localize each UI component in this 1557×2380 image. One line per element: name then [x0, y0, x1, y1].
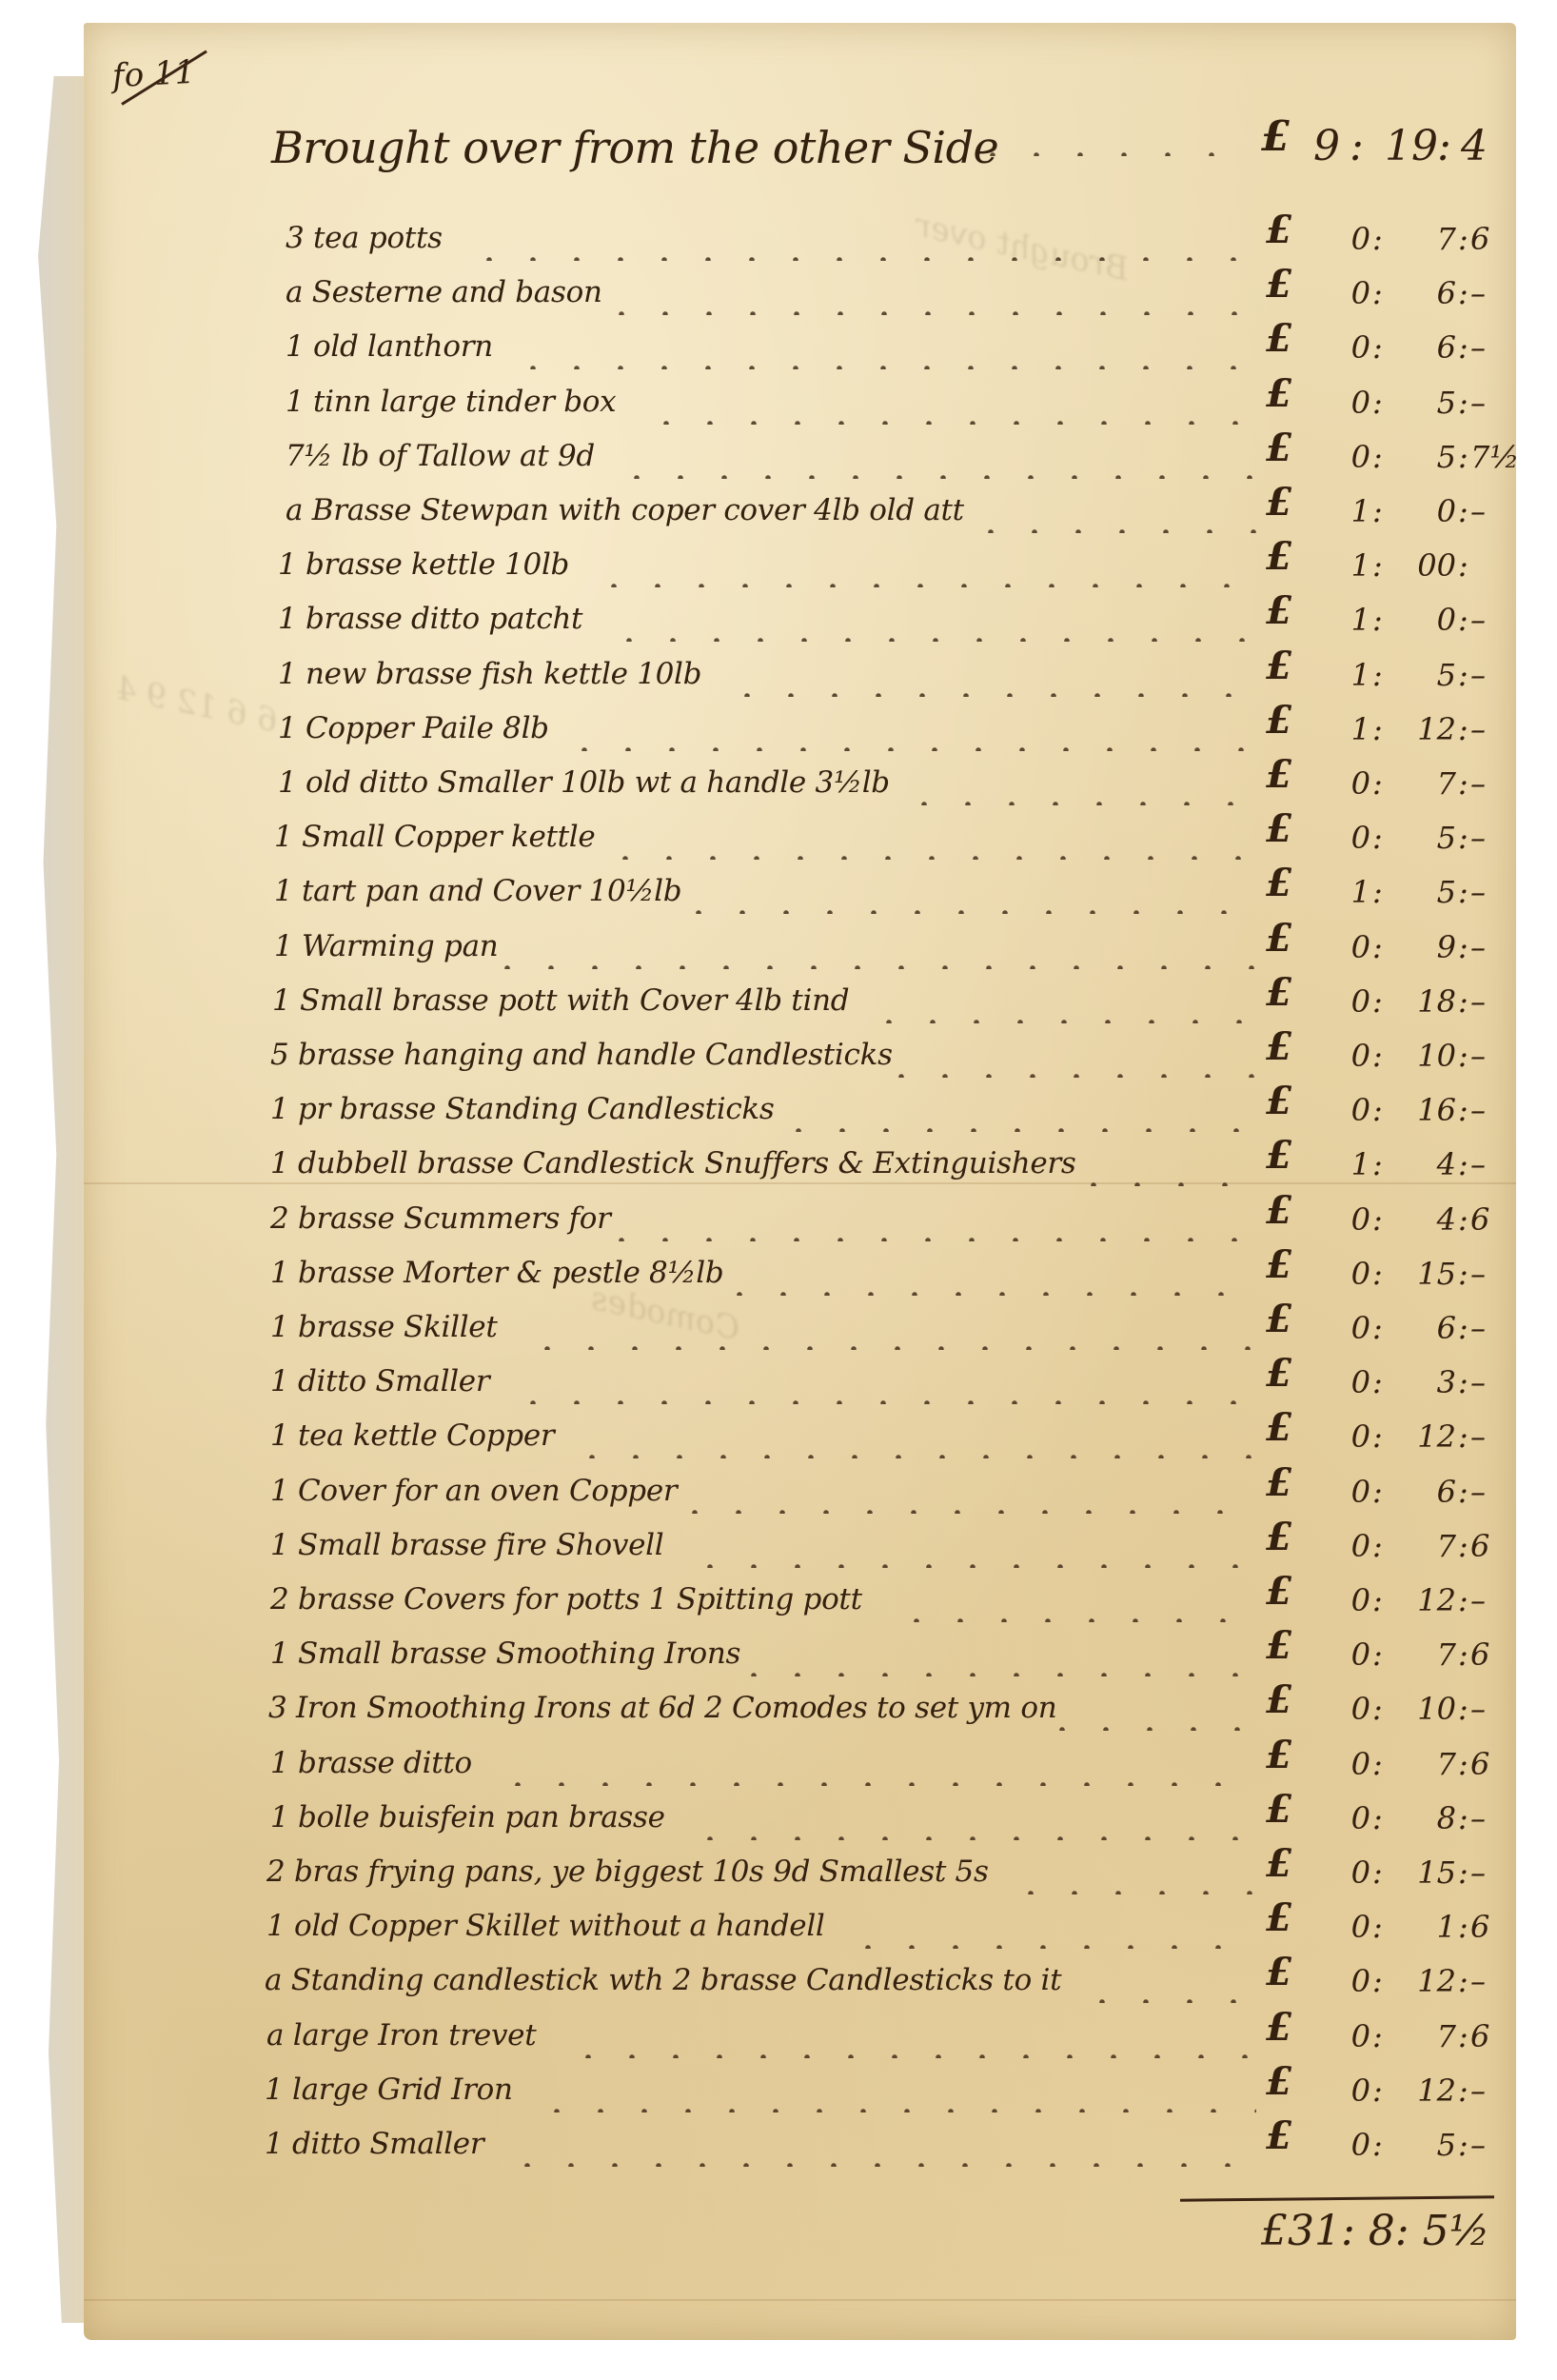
separator: : — [1458, 820, 1468, 856]
pound-sign: £ — [1266, 1895, 1292, 1940]
amount-pounds: 0 — [1332, 1582, 1370, 1618]
amount-pence: – — [1470, 493, 1508, 529]
amount-pence: – — [1470, 1310, 1508, 1346]
item-description: 1 Copper Paile 8lb — [278, 711, 549, 745]
item-description: 2 bras frying pans, ye biggest 10s 9d Sm… — [266, 1854, 989, 1889]
item-description: 1 large Grid Iron — [265, 2073, 513, 2107]
pound-sign: £ — [1266, 2113, 1292, 2158]
amount-shillings: 7 — [1399, 1636, 1456, 1673]
pound-sign: £ — [1266, 1079, 1292, 1123]
item-description: 2 brasse Covers for potts 1 Spitting pot… — [270, 1582, 862, 1616]
leader-dots — [895, 1618, 1257, 1622]
inventory-row: 1 tea kettle Copper£0:12:– — [0, 1418, 1557, 1472]
leader-dots — [1072, 1182, 1257, 1186]
separator: : — [1458, 1146, 1468, 1182]
amount-pounds: 0 — [1332, 1092, 1370, 1128]
leader-dots — [496, 1782, 1256, 1786]
leader-dots — [688, 1564, 1257, 1568]
item-description: 1 old Copper Skillet without a handell — [266, 1909, 825, 1943]
separator: : — [1372, 2018, 1383, 2054]
item-description: 1 brasse Morter & pestle 8½lb — [270, 1256, 723, 1290]
separator: : — [1458, 1038, 1468, 1074]
pound-sign: £ — [1266, 1623, 1292, 1668]
item-description: 3 tea potts — [286, 221, 443, 255]
inventory-row: 1 bolle buisfein pan brasse£0:8:– — [0, 1800, 1557, 1854]
item-description: 1 Small brasse fire Shovell — [270, 1528, 663, 1562]
amount-pounds: 0 — [1332, 329, 1370, 366]
amount-pounds: 1 — [1332, 657, 1370, 693]
amount-pence: 6 — [1470, 221, 1508, 257]
separator: : — [1458, 1418, 1468, 1455]
inventory-row: 1 large Grid Iron£0:12:– — [0, 2073, 1557, 2126]
leader-dots — [467, 257, 1257, 261]
amount-pounds: 0 — [1332, 765, 1370, 802]
separator: : — [1372, 2127, 1383, 2163]
amount-pence: 6 — [1470, 1909, 1508, 1945]
inventory-row: 1 dubbell brasse Candlestick Snuffers & … — [0, 1146, 1557, 1200]
item-description: a Sesterne and bason — [286, 275, 602, 309]
item-description: 1 ditto Smaller — [265, 2127, 483, 2161]
heading-pounds: 9 — [1313, 122, 1340, 170]
leader-dots — [902, 802, 1257, 805]
inventory-row: 3 tea potts£0:7:6 — [0, 221, 1557, 274]
amount-shillings: 10 — [1399, 1691, 1456, 1727]
separator: : — [1458, 711, 1468, 747]
inventory-row: 1 Small brasse pott with Cover 4lb tind£… — [0, 983, 1557, 1037]
pound-sign: £ — [1266, 1242, 1292, 1287]
amount-pounds: 1 — [1332, 493, 1370, 529]
amount-pence: – — [1470, 765, 1508, 802]
item-description: 3 Iron Smoothing Irons at 6d 2 Comodes t… — [268, 1691, 1056, 1725]
leader-dots — [673, 1510, 1256, 1514]
amount-pounds: 0 — [1332, 1418, 1370, 1455]
separator: : — [1458, 275, 1468, 311]
separator: : — [1372, 493, 1383, 529]
amount-pence: – — [1470, 1418, 1508, 1455]
separator: : — [1372, 874, 1383, 910]
leader-dots — [511, 1400, 1257, 1404]
item-description: 1 Small Copper kettle — [274, 820, 595, 854]
separator: : — [1372, 1201, 1383, 1238]
inventory-row: 2 brasse Covers for potts 1 Spitting pot… — [0, 1582, 1557, 1636]
amount-pence: – — [1470, 1800, 1508, 1836]
inventory-row: a Standing candlestick wth 2 brasse Cand… — [0, 1963, 1557, 2016]
amount-shillings: 6 — [1399, 1310, 1456, 1346]
amount-shillings: 0 — [1399, 602, 1456, 638]
amount-shillings: 15 — [1399, 1854, 1456, 1891]
pound-sign: £ — [1266, 1405, 1292, 1450]
grand-total: £31: 8: 5½ — [1261, 2207, 1489, 2255]
item-description: 1 Small brasse Smoothing Irons — [270, 1636, 740, 1671]
inventory-row: 1 Warming pan£0:9:– — [0, 929, 1557, 982]
pound-sign: £ — [1266, 588, 1292, 633]
inventory-row: 2 brasse Scummers for£0:4:6 — [0, 1201, 1557, 1255]
pound-sign: £ — [1266, 1133, 1292, 1178]
inventory-row: 1 brasse Skillet£0:6:– — [0, 1310, 1557, 1363]
amount-pounds: 0 — [1332, 1474, 1370, 1510]
inventory-row: 1 tart pan and Cover 10½lb£1:5:– — [0, 874, 1557, 927]
amount-pounds: 1 — [1332, 547, 1370, 584]
item-description: 1 ditto Smaller — [270, 1364, 489, 1398]
pound-sign: £ — [1266, 316, 1292, 361]
separator: : — [1458, 1854, 1468, 1891]
amount-pounds: 0 — [1332, 1528, 1370, 1564]
leader-dots — [777, 1128, 1257, 1132]
pound-sign: £ — [1266, 2059, 1292, 2104]
item-description: 1 Cover for an oven Copper — [270, 1474, 677, 1508]
item-description: 1 old lanthorn — [286, 329, 493, 364]
leader-dots — [718, 1292, 1257, 1296]
pound-sign: £ — [1266, 1841, 1292, 1886]
separator: : — [1458, 1474, 1468, 1510]
amount-pounds: 0 — [1332, 1800, 1370, 1836]
pound-sign: £ — [1266, 262, 1292, 307]
leader-dots — [562, 747, 1256, 751]
leader-dots — [570, 1455, 1257, 1458]
leader-dots — [644, 421, 1257, 425]
separator: : — [1458, 547, 1468, 584]
separator: : — [1372, 1256, 1383, 1292]
item-description: 1 bolle buisfein pan brasse — [270, 1800, 665, 1835]
pound-sign: £ — [1266, 1351, 1292, 1396]
amount-shillings: 10 — [1399, 1038, 1456, 1074]
amount-pounds: 1 — [1332, 602, 1370, 638]
item-description: 7½ lb of Tallow at 9d — [286, 439, 595, 473]
separator: : — [1372, 2073, 1383, 2109]
pound-sign: £ — [1266, 1677, 1292, 1722]
amount-pence: – — [1470, 1256, 1508, 1292]
amount-pence: – — [1470, 1854, 1508, 1891]
separator: : — [1372, 1364, 1383, 1400]
amount-pounds: 0 — [1332, 2018, 1370, 2054]
separator: : — [1372, 1474, 1383, 1510]
amount-shillings: 12 — [1399, 1963, 1456, 1999]
item-description: 1 brasse kettle 10lb — [278, 547, 569, 582]
inventory-row: 1 brasse ditto£0:7:6 — [0, 1746, 1557, 1799]
separator: : — [1372, 1528, 1383, 1564]
amount-shillings: 8 — [1399, 1800, 1456, 1836]
pound-sign: £ — [1266, 1733, 1292, 1777]
amount-pounds: 0 — [1332, 439, 1370, 475]
pound-sign: £ — [1266, 426, 1292, 470]
amount-pounds: 0 — [1332, 2073, 1370, 2109]
item-description: 1 tart pan and Cover 10½lb — [274, 874, 681, 908]
inventory-row: a Brasse Stewpan with coper cover 4lb ol… — [0, 493, 1557, 546]
pound-sign: £ — [1266, 861, 1292, 905]
brought-over-heading: Brought over from the other Side — [271, 122, 998, 173]
amount-pence: – — [1470, 820, 1508, 856]
pound-sign: £ — [1266, 644, 1292, 688]
separator: : — [1372, 1691, 1383, 1727]
item-description: 1 brasse ditto patcht — [278, 602, 582, 636]
leader-dots — [511, 366, 1256, 369]
pound-sign: £ — [1266, 1297, 1292, 1341]
amount-pounds: 0 — [1332, 1636, 1370, 1673]
amount-pence: 6 — [1470, 1746, 1508, 1782]
separator: : — [1372, 547, 1383, 584]
amount-shillings: 6 — [1399, 329, 1456, 366]
item-description: 1 dubbell brasse Candlestick Snuffers & … — [270, 1146, 1076, 1180]
leader-dots — [485, 965, 1257, 969]
inventory-row: 1 pr brasse Standing Candlesticks£0:16:– — [0, 1092, 1557, 1145]
leader-dots — [1009, 1891, 1257, 1894]
separator: : — [1372, 385, 1383, 421]
amount-pence: – — [1470, 275, 1508, 311]
item-description: 1 tinn large tinder box — [286, 385, 616, 419]
pound-sign: £ — [1266, 1024, 1292, 1069]
leader-dots — [732, 1673, 1256, 1676]
amount-shillings: 9 — [1399, 929, 1456, 965]
amount-shillings: 12 — [1399, 2073, 1456, 2109]
separator: : — [1458, 983, 1468, 1020]
amount-shillings: 18 — [1399, 983, 1456, 1020]
leader-dots — [846, 1945, 1256, 1949]
amount-pence: – — [1470, 711, 1508, 747]
amount-shillings: 4 — [1399, 1201, 1456, 1238]
inventory-row: 1 old lanthorn£0:6:– — [0, 329, 1557, 383]
inventory-row: 2 bras frying pans, ye biggest 10s 9d Sm… — [0, 1854, 1557, 1908]
amount-shillings: 3 — [1399, 1364, 1456, 1400]
leader-dots — [603, 856, 1257, 860]
leader-dots — [615, 475, 1257, 479]
separator: : — [1458, 1746, 1468, 1782]
amount-pence: – — [1470, 874, 1508, 910]
item-description: a large Iron trevet — [266, 2018, 536, 2053]
pound-sign: £ — [1266, 1188, 1292, 1233]
pound-sign: £ — [1266, 752, 1292, 797]
leader-dots — [969, 529, 1257, 533]
inventory-row: 1 tinn large tinder box£0:5:– — [0, 385, 1557, 438]
separator: : — [1372, 1310, 1383, 1346]
separator: : — [1458, 221, 1468, 257]
leader-dots — [607, 638, 1257, 642]
separator: : — [1372, 1038, 1383, 1074]
separator: : — [1372, 221, 1383, 257]
separator: : — [1458, 1528, 1468, 1564]
separator: : — [1458, 493, 1468, 529]
pound-sign: £ — [1266, 371, 1292, 416]
inventory-row: 1 Small brasse Smoothing Irons£0:7:6 — [0, 1636, 1557, 1690]
inventory-row: 1 brasse kettle 10lb£1:00: — [0, 547, 1557, 601]
amount-shillings: 4 — [1399, 1146, 1456, 1182]
separator: : — [1372, 1963, 1383, 1999]
amount-pounds: 1 — [1332, 711, 1370, 747]
separator: : — [1372, 1746, 1383, 1782]
leader-dots — [688, 1836, 1257, 1840]
amount-pounds: 0 — [1332, 1038, 1370, 1074]
amount-pounds: 1 — [1332, 1146, 1370, 1182]
separator: : — [1458, 1691, 1468, 1727]
amount-pence: – — [1470, 983, 1508, 1020]
amount-shillings: 7 — [1399, 221, 1456, 257]
amount-pounds: 0 — [1332, 221, 1370, 257]
amount-pounds: 0 — [1332, 1909, 1370, 1945]
pound-sign: £ — [1266, 534, 1292, 579]
amount-pounds: 0 — [1332, 1364, 1370, 1400]
amount-shillings: 5 — [1399, 874, 1456, 910]
inventory-row: 1 Small brasse fire Shovell£0:7:6 — [0, 1528, 1557, 1581]
separator: : — [1372, 439, 1383, 475]
amount-pounds: 0 — [1332, 1963, 1370, 1999]
separator: : — [1372, 711, 1383, 747]
inventory-row: 1 brasse ditto patcht£1:0:– — [0, 602, 1557, 655]
amount-pounds: 0 — [1332, 2127, 1370, 2163]
separator: : — [1372, 1800, 1383, 1836]
leader-dots — [592, 584, 1256, 587]
pound-sign: £ — [1266, 1515, 1292, 1559]
amount-pence: 6 — [1470, 1528, 1508, 1564]
separator: : — [1372, 1146, 1383, 1182]
amount-shillings: 7 — [1399, 2018, 1456, 2054]
pound-sign: £ — [1266, 1787, 1292, 1832]
separator: : — [1458, 2127, 1468, 2163]
item-description: 2 brasse Scummers for — [270, 1201, 611, 1236]
item-description: a Standing candlestick wth 2 brasse Cand… — [265, 1963, 1061, 1997]
separator: : — [1372, 1418, 1383, 1455]
amount-shillings: 5 — [1399, 2127, 1456, 2163]
inventory-row: 7½ lb of Tallow at 9d£0:5:7½ — [0, 439, 1557, 492]
item-description: a Brasse Stewpan with coper cover 4lb ol… — [286, 493, 964, 527]
item-description: 1 Small brasse pott with Cover 4lb tind — [272, 983, 849, 1018]
amount-shillings: 12 — [1399, 1582, 1456, 1618]
separator: : — [1372, 820, 1383, 856]
separator: : — [1372, 602, 1383, 638]
inventory-row: 5 brasse hanging and handle Candlesticks… — [0, 1038, 1557, 1091]
amount-pounds: 0 — [1332, 1310, 1370, 1346]
inventory-row: 1 brasse Morter & pestle 8½lb£0:15:– — [0, 1256, 1557, 1309]
leader-dots — [600, 311, 1256, 315]
pound-sign: £ — [1266, 1569, 1292, 1614]
amount-pence: – — [1470, 2073, 1508, 2109]
amount-shillings: 7 — [1399, 765, 1456, 802]
separator: : — [1458, 1800, 1468, 1836]
inventory-row: 1 old Copper Skillet without a handell£0… — [0, 1909, 1557, 1962]
leader-dots — [971, 152, 1247, 156]
amount-pence: – — [1470, 1038, 1508, 1074]
inventory-row: 1 old ditto Smaller 10lb wt a handle 3½l… — [0, 765, 1557, 819]
heading-shillings: 19 — [1385, 122, 1438, 170]
separator: : — [1458, 2073, 1468, 2109]
separator: : — [1458, 602, 1468, 638]
separator: : — [1372, 1636, 1383, 1673]
item-description: 1 pr brasse Standing Candlesticks — [270, 1092, 775, 1126]
amount-pounds: 0 — [1332, 820, 1370, 856]
item-description: 1 tea kettle Copper — [270, 1418, 554, 1453]
amount-shillings: 5 — [1399, 439, 1456, 475]
amount-shillings: 5 — [1399, 385, 1456, 421]
inventory-row: a large Iron trevet£0:7:6 — [0, 2018, 1557, 2072]
amount-pence: – — [1470, 1582, 1508, 1618]
separator: : — [1372, 329, 1383, 366]
pound-sign: £ — [1266, 1950, 1292, 1994]
leader-dots — [867, 1020, 1257, 1023]
amount-pounds: 0 — [1332, 1746, 1370, 1782]
separator: : — [1458, 657, 1468, 693]
amount-pounds: 0 — [1332, 1691, 1370, 1727]
folio-number: fo 11 — [111, 53, 196, 96]
leader-dots — [600, 1238, 1257, 1241]
inventory-row: a Sesterne and bason£0:6:– — [0, 275, 1557, 328]
fold-crease-bottom — [84, 2299, 1516, 2301]
separator: : — [1372, 765, 1383, 802]
amount-shillings: 7 — [1399, 1528, 1456, 1564]
amount-pence: – — [1470, 329, 1508, 366]
leader-dots — [725, 693, 1257, 697]
separator: : — [1458, 1092, 1468, 1128]
amount-pence: – — [1470, 1364, 1508, 1400]
separator: : — [1458, 1310, 1468, 1346]
separator: : — [1458, 385, 1468, 421]
amount-pounds: 0 — [1332, 1256, 1370, 1292]
separator: : — [1458, 874, 1468, 910]
inventory-row: 1 Copper Paile 8lb£1:12:– — [0, 711, 1557, 764]
pound-sign: £ — [1266, 208, 1292, 252]
amount-shillings: 7 — [1399, 1746, 1456, 1782]
leader-dots — [566, 2054, 1257, 2058]
separator: : — [1458, 329, 1468, 366]
inventory-row: 3 Iron Smoothing Irons at 6d 2 Comodes t… — [0, 1691, 1557, 1744]
amount-shillings: 6 — [1399, 275, 1456, 311]
separator: : — [1372, 657, 1383, 693]
amount-pence: 6 — [1470, 1201, 1508, 1238]
separator: : — [1458, 1582, 1468, 1618]
amount-pounds: 0 — [1332, 929, 1370, 965]
leader-dots — [505, 2163, 1257, 2167]
pound-sign: £ — [1266, 1460, 1292, 1505]
amount-pence: – — [1470, 1691, 1508, 1727]
amount-shillings: 15 — [1399, 1256, 1456, 1292]
separator: : — [1458, 1636, 1468, 1673]
amount-shillings: 16 — [1399, 1092, 1456, 1128]
pound-sign: £ — [1266, 806, 1292, 851]
amount-pounds: 0 — [1332, 275, 1370, 311]
amount-shillings: 12 — [1399, 711, 1456, 747]
amount-pounds: 0 — [1332, 385, 1370, 421]
amount-pence: 6 — [1470, 2018, 1508, 2054]
separator: : — [1458, 2018, 1468, 2054]
amount-pounds: 1 — [1332, 874, 1370, 910]
separator: : — [1458, 765, 1468, 802]
inventory-row: 1 ditto Smaller£0:5:– — [0, 2127, 1557, 2180]
amount-pounds: 0 — [1332, 1201, 1370, 1238]
amount-pence: 6 — [1470, 1636, 1508, 1673]
separator: : — [1458, 1201, 1468, 1238]
pound-sign: £ — [1266, 698, 1292, 743]
amount-shillings: 5 — [1399, 820, 1456, 856]
leader-dots — [879, 1074, 1256, 1078]
separator: : — [1458, 1256, 1468, 1292]
inventory-row: 1 ditto Smaller£0:3:– — [0, 1364, 1557, 1418]
pound-sign: £ — [1261, 112, 1291, 161]
heading-pence: 4 — [1461, 122, 1488, 170]
amount-pence: – — [1470, 2127, 1508, 2163]
separator: : — [1458, 1364, 1468, 1400]
leader-dots — [535, 2109, 1257, 2112]
separator: : — [1458, 1963, 1468, 1999]
amount-pence: 7½ — [1470, 439, 1508, 475]
amount-pence: – — [1470, 1146, 1508, 1182]
inventory-row: 1 Small Copper kettle£0:5:– — [0, 820, 1557, 873]
amount-pounds: 0 — [1332, 1854, 1370, 1891]
amount-pence: – — [1470, 929, 1508, 965]
leader-dots — [525, 1346, 1256, 1350]
amount-shillings: 0 — [1399, 493, 1456, 529]
separator: : — [1458, 1909, 1468, 1945]
pound-sign: £ — [1266, 970, 1292, 1015]
leader-dots — [1040, 1727, 1257, 1731]
separator: : — [1372, 929, 1383, 965]
amount-pence: – — [1470, 1474, 1508, 1510]
